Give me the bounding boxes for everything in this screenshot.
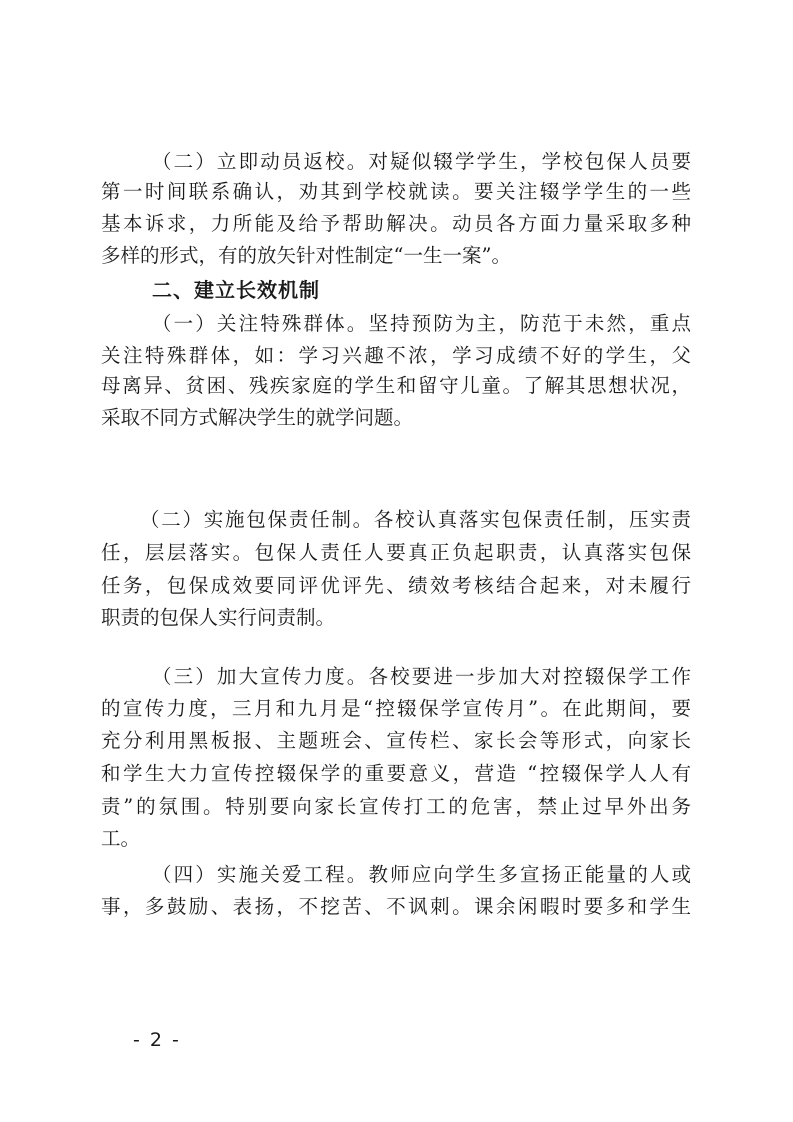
paragraph-line: 任，层层落实。包保人责任人要真正负起职责，认真落实包保 xyxy=(101,537,691,569)
paragraph-line: 母离异、贫困、残疾家庭的学生和留守儿童。了解其思想状况， xyxy=(101,370,691,402)
section-heading: 二、建立长效机制 xyxy=(152,274,320,306)
paragraph-line: 责”的氛围。特别要向家长宣传打工的危害，禁止过早外出务 xyxy=(101,791,691,823)
paragraph-line: 任务，包保成效要同评优评先、绩效考核结合起来，对未履行 xyxy=(101,570,691,602)
paragraph-line: 多样的形式，有的放矢针对性制定“一生一案”。 xyxy=(101,240,691,272)
paragraph-line: （二）实施包保责任制。各校认真落实包保责任制，压实责 xyxy=(140,504,691,536)
paragraph-line: 事，多鼓励、表扬，不挖苦、不讽刺。课余闲暇时要多和学生 xyxy=(101,891,691,923)
paragraph-line: 基本诉求，力所能及给予帮助解决。动员各方面力量采取多种 xyxy=(101,208,691,240)
paragraph-line: 关注特殊群体，如：学习兴趣不浓，学习成绩不好的学生，父 xyxy=(101,340,691,372)
document-page: （二）立即动员返校。对疑似辍学学生，学校包保人员要 第一时间联系确认，劝其到学校… xyxy=(0,0,793,1122)
paragraph-line: （一）关注特殊群体。坚持预防为主，防范于未然，重点 xyxy=(152,308,691,340)
paragraph-line: （四）实施关爱工程。教师应向学生多宣扬正能量的人或 xyxy=(152,859,691,891)
paragraph-line: 第一时间联系确认，劝其到学校就读。要关注辍学学生的一些 xyxy=(101,176,691,208)
paragraph-line: （三）加大宣传力度。各校要进一步加大对控辍保学工作 xyxy=(152,661,691,693)
paragraph-line: 和学生大力宣传控辍保学的重要意义，营造 “控辍保学人人有 xyxy=(101,758,691,790)
paragraph-line: 职责的包保人实行问责制。 xyxy=(101,602,691,634)
page-number: - 2 - xyxy=(133,1028,181,1052)
paragraph-line: 工。 xyxy=(101,823,691,855)
paragraph-line: （二）立即动员返校。对疑似辍学学生，学校包保人员要 xyxy=(152,146,691,178)
paragraph-line: 采取不同方式解决学生的就学问题。 xyxy=(101,402,691,434)
paragraph-line: 的宣传力度，三月和九月是“控辍保学宣传月”。在此期间，要 xyxy=(101,693,691,725)
paragraph-line: 充分利用黑板报、主题班会、宣传栏、家长会等形式，向家长 xyxy=(101,725,691,757)
